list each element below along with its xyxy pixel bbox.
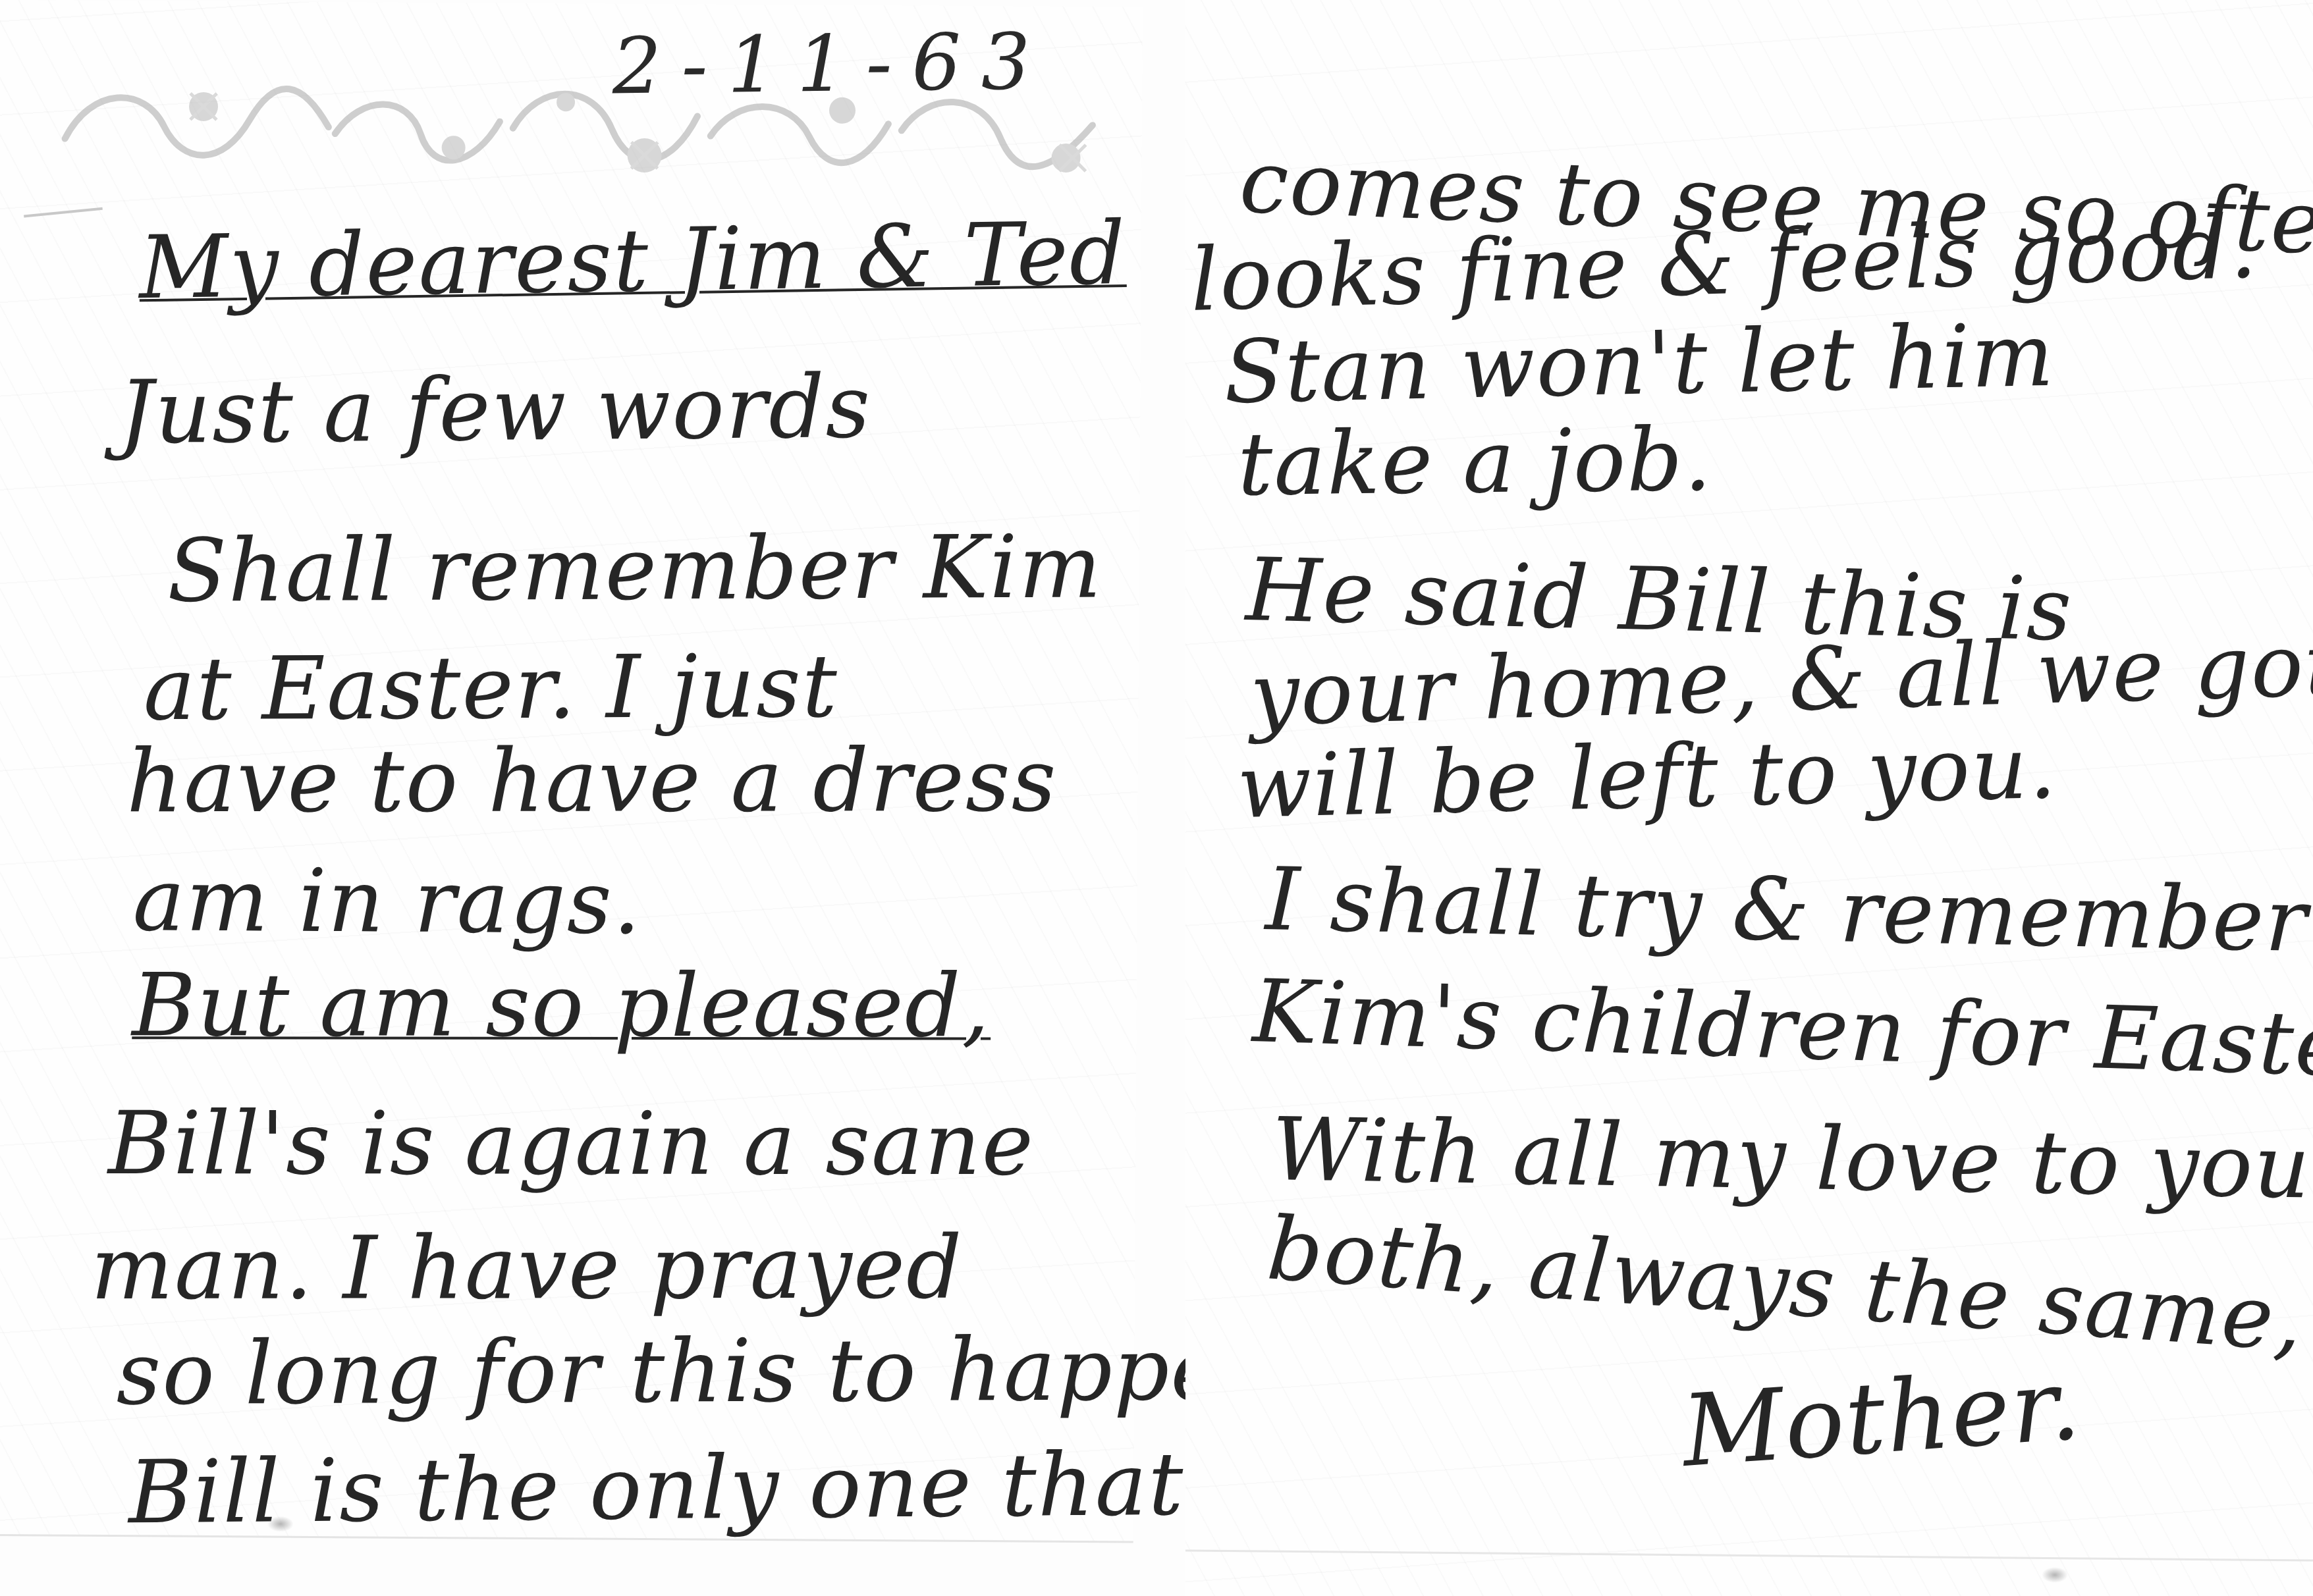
letter-line: am in rags. bbox=[132, 857, 642, 947]
scan-smudge bbox=[267, 1516, 294, 1532]
letter-line: will be left to you. bbox=[1236, 724, 2059, 831]
letter-line: With all my love to you bbox=[1271, 1106, 2312, 1211]
scan-smudge bbox=[2042, 1567, 2068, 1583]
letter-line: both, always the same, bbox=[1265, 1205, 2306, 1364]
letter-line: Shall remember Kim bbox=[167, 523, 1102, 614]
letter-line: Stan won't let him bbox=[1223, 312, 2055, 416]
letter-line: Bill's is again a sane bbox=[108, 1100, 1035, 1188]
letter-line: But am so pleased, bbox=[132, 962, 991, 1050]
scanned-letter: 2-11-63 My dearest Jim & Ted Just a few … bbox=[0, 0, 2313, 1596]
margin-mark bbox=[24, 207, 105, 244]
letter-line: I shall try & remember bbox=[1265, 856, 2309, 965]
letter-page-left: 2-11-63 My dearest Jim & Ted Just a few … bbox=[0, 0, 1143, 1543]
salutation: My dearest Jim & Ted bbox=[138, 210, 1127, 311]
letter-line: Just a few words bbox=[119, 363, 872, 456]
letter-date: 2-11-63 bbox=[612, 16, 1051, 112]
letter-line: have to have a dress bbox=[126, 737, 1057, 825]
letter-line: so long for this to happen. bbox=[116, 1325, 1310, 1418]
letter-line: take a job. bbox=[1238, 416, 1714, 508]
letter-line: man. I have prayed bbox=[91, 1225, 964, 1312]
letter-line: at Easter. I just bbox=[144, 643, 839, 733]
letter-page-right: comes to see me so often looks fine & fe… bbox=[1185, 0, 2313, 1596]
letter-line: Kim's children for Easter bbox=[1251, 968, 2313, 1090]
signature: Mother. bbox=[1679, 1355, 2084, 1481]
